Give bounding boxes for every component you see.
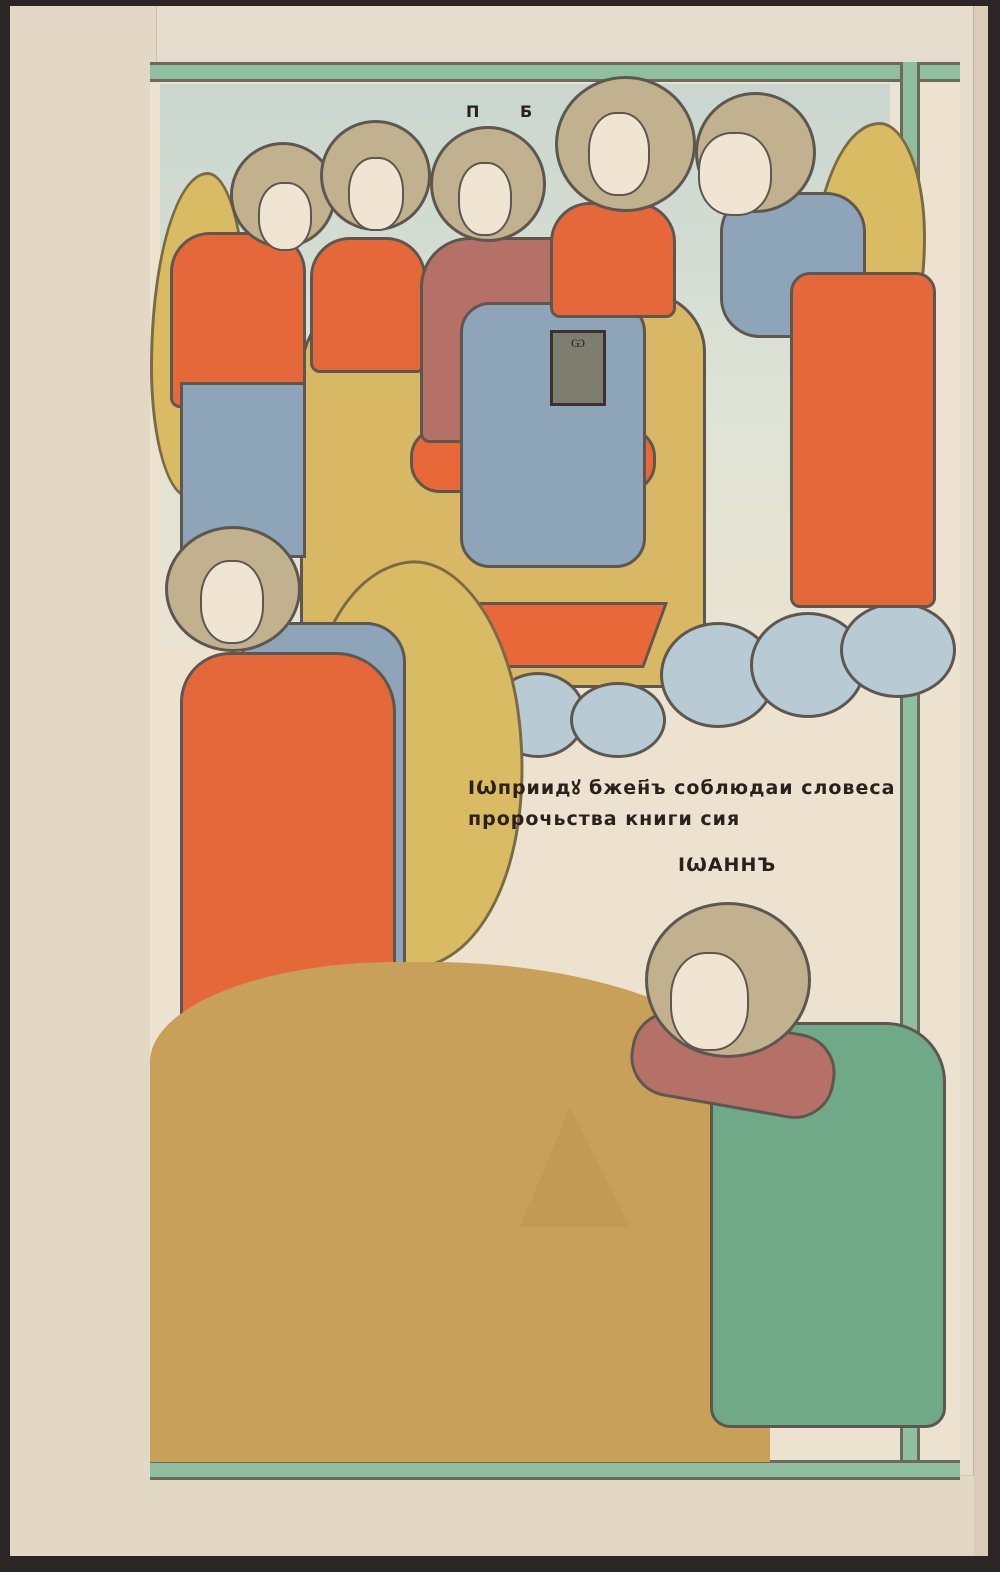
angel-robe bbox=[310, 237, 426, 373]
halo-inscription-left: П bbox=[466, 102, 479, 121]
cloud-puff bbox=[840, 602, 956, 698]
page-margin-left bbox=[10, 6, 157, 1556]
manuscript-page: П Б Ѡ ІѠприидꙋ бжен҃ъ соблюдаи словеса п… bbox=[10, 6, 988, 1556]
cloud-puff bbox=[570, 682, 666, 758]
john-face bbox=[670, 952, 749, 1051]
angel-face bbox=[200, 560, 264, 644]
caption-line-2: пророчьства книги сия bbox=[468, 808, 740, 830]
angel-face bbox=[258, 182, 312, 251]
rock-peak bbox=[520, 1107, 630, 1227]
angel-robe bbox=[550, 202, 676, 318]
angel-face bbox=[348, 157, 404, 231]
angel-face bbox=[698, 132, 772, 216]
miniature-illustration: П Б Ѡ ІѠприидꙋ бжен҃ъ соблюдаи словеса п… bbox=[150, 62, 960, 1480]
angel-robe bbox=[790, 272, 936, 608]
angel-face bbox=[588, 112, 650, 196]
page-margin-bottom bbox=[156, 1475, 974, 1556]
page-edge-right bbox=[973, 6, 988, 1556]
caption-line-1: ІѠприидꙋ бжен҃ъ соблюдаи словеса bbox=[468, 774, 895, 800]
frame-border-top bbox=[150, 62, 960, 82]
book-inscription: Ѡ bbox=[571, 336, 585, 350]
gospel-book: Ѡ bbox=[550, 330, 606, 406]
christ-face bbox=[458, 162, 512, 236]
halo-inscription-right: Б bbox=[520, 102, 532, 121]
caption-name-john: ІѠАННЪ bbox=[678, 854, 776, 876]
frame-border-bottom bbox=[150, 1460, 960, 1480]
